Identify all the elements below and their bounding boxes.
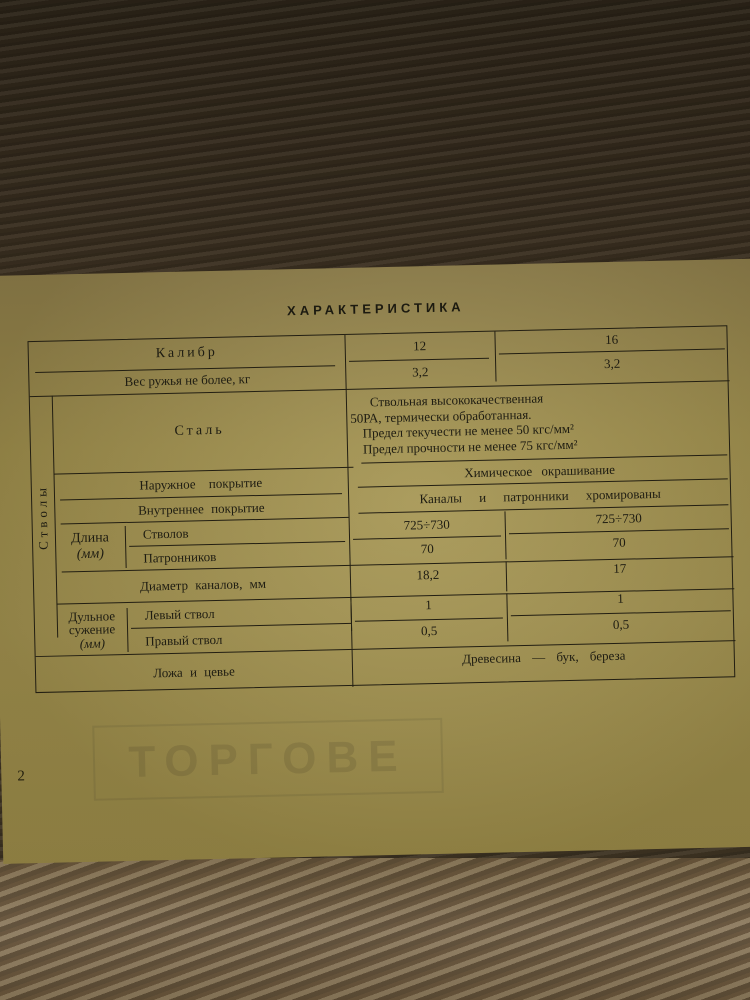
stock-value: Древесина — бук, береза <box>352 638 737 677</box>
choke-right-12: 0,5 <box>351 617 508 645</box>
page-number: 2 <box>17 768 25 785</box>
choke-left-12: 1 <box>350 591 507 619</box>
length-chambers-12: 70 <box>349 535 506 563</box>
document-page: ХАРАКТЕРИСТИКА Калибр 12 16 Вес ружья не… <box>0 259 750 864</box>
choke-right-16: 0,5 <box>507 610 735 639</box>
caliber-12: 12 <box>344 332 495 361</box>
choke-left-16: 1 <box>506 584 734 613</box>
specifications-table: Калибр 12 16 Вес ружья не более, кг 3,2 … <box>27 325 735 693</box>
length-label: Длина (мм) <box>55 524 126 570</box>
weight-16: 3,2 <box>495 348 730 379</box>
bore-diameter-16: 17 <box>506 552 735 585</box>
stock-label: Ложа и цевье <box>36 651 353 694</box>
weight-12: 3,2 <box>345 358 496 387</box>
length-barrels-12: 725÷730 <box>349 511 506 539</box>
steel-label: Сталь <box>52 389 348 474</box>
bore-diameter-12: 18,2 <box>350 559 507 591</box>
choke-label: Дульное сужение (мм) <box>56 604 127 656</box>
wooden-surface <box>0 858 750 1000</box>
faded-stamp: ТОРГОВЕ <box>92 718 444 801</box>
steel-description: Ствольная высококачественная 50РА, терми… <box>350 382 730 467</box>
